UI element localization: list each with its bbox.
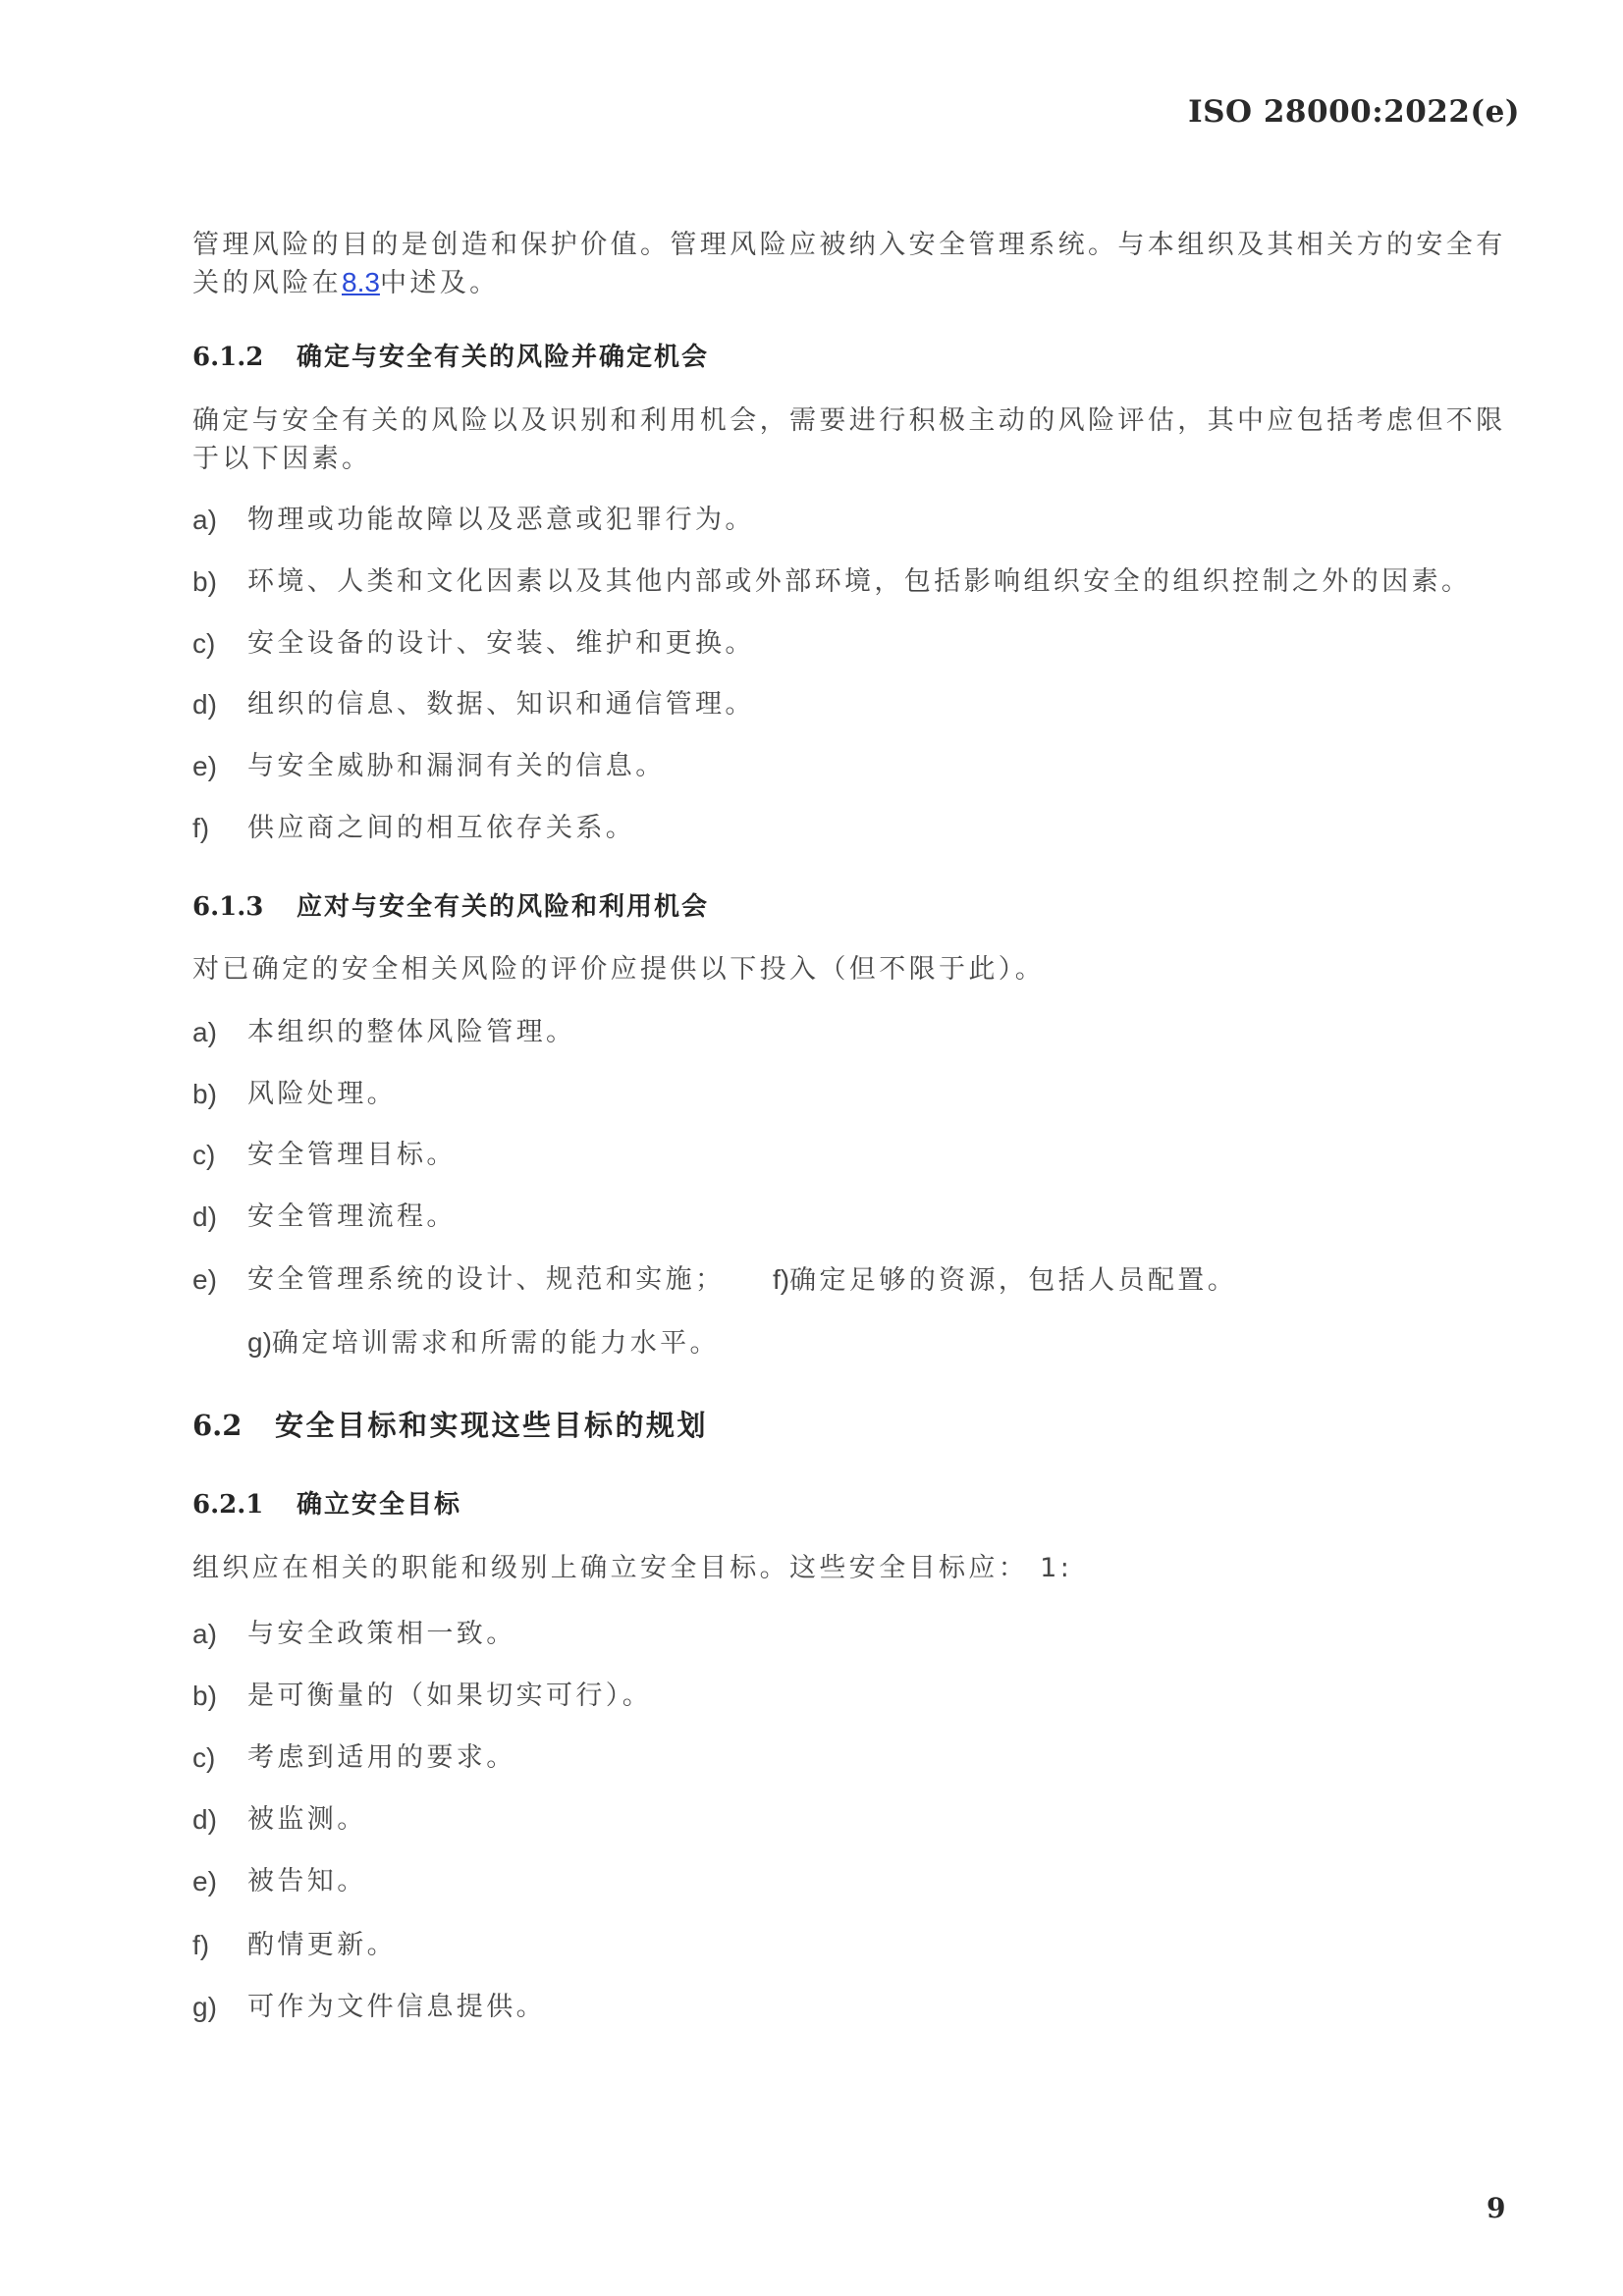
heading-number: 6.1.3 (192, 887, 263, 927)
heading-number: 6.2 (192, 1404, 242, 1447)
list-item-label: a) (192, 1615, 217, 1654)
heading-title: 确定与安全有关的风险并确定机会 (297, 338, 709, 377)
list-item-label: d) (192, 1198, 217, 1237)
list-item-text: 供应商之间的相互依存关系。 (247, 809, 635, 848)
list-item-text: 风险处理。 (247, 1075, 397, 1114)
list-item-label: e) (192, 1260, 217, 1300)
clause-8-3-link[interactable]: 8.3 (342, 267, 380, 297)
list-item-label: b) (192, 1075, 217, 1114)
heading-title: 应对与安全有关的风险和利用机会 (297, 887, 709, 927)
list-item-label: f) (773, 1264, 789, 1295)
list-item-inline-f: f)确定足够的资源，包括人员配置。 (773, 1260, 1237, 1301)
section-6-2-1-para: 组织应在相关的职能和级别上确立安全目标。这些安全目标应： 1: (192, 1549, 1072, 1588)
list-item-text: 确定培训需求和所需的能力水平。 (272, 1328, 720, 1359)
list-item-label: a) (192, 1013, 217, 1052)
intro-text-after-link: 中述及。 (380, 268, 500, 298)
list-item-text: 考虑到适用的要求。 (247, 1738, 516, 1778)
list-item-text: 安全管理流程。 (247, 1198, 457, 1237)
list-item-text: 环境、人类和文化因素以及其他内部或外部环境，包括影响组织安全的组织控制之外的因素… (247, 562, 1471, 602)
heading-number: 6.1.2 (192, 338, 263, 377)
list-item-inline-g: g)确定培训需求和所需的能力水平。 (247, 1323, 720, 1363)
list-item-label: g) (192, 1988, 217, 2027)
list-item-text: 确定足够的资源，包括人员配置。 (789, 1265, 1237, 1296)
list-item-text: 可作为文件信息提供。 (247, 1988, 546, 2027)
list-item-label: a) (192, 501, 217, 540)
heading-title: 安全目标和实现这些目标的规划 (275, 1404, 708, 1447)
list-item-text: 物理或功能故障以及恶意或犯罪行为。 (247, 501, 755, 540)
section-6-1-3-para: 对已确定的安全相关风险的评价应提供以下投入（但不限于此）。 (192, 950, 1045, 989)
list-item-label: f) (192, 809, 209, 848)
document-header-standard-id: ISO 28000:2022(e) (1188, 94, 1520, 130)
list-item-text: 被监测。 (247, 1800, 367, 1840)
list-item-text: 与安全威胁和漏洞有关的信息。 (247, 747, 666, 786)
section-6-1-2-para-line-2: 于以下因素。 (192, 440, 371, 479)
list-item-label: b) (192, 562, 217, 602)
list-item-text: 安全设备的设计、安装、维护和更换。 (247, 624, 755, 664)
heading-title: 确立安全目标 (297, 1485, 461, 1524)
list-item-label: d) (192, 1800, 217, 1840)
list-item-text: 本组织的整体风险管理。 (247, 1013, 575, 1052)
list-item-text: 与安全政策相一致。 (247, 1615, 516, 1654)
intro-text-before-link: 关的风险在 (192, 268, 342, 298)
intro-line-1: 管理风险的目的是创造和保护价值。管理风险应被纳入安全管理系统。与本组织及其相关方… (192, 226, 1506, 265)
list-item-label: f) (192, 1926, 209, 1965)
list-item-label: c) (192, 624, 215, 664)
list-item-label: e) (192, 747, 217, 786)
list-item-text: 酌情更新。 (247, 1926, 397, 1965)
heading-number: 6.2.1 (192, 1485, 263, 1524)
section-6-1-2-para-line-1: 确定与安全有关的风险以及识别和利用机会，需要进行积极主动的风险评估，其中应包括考… (192, 401, 1506, 441)
list-item-label: e) (192, 1862, 217, 1901)
list-item-label: d) (192, 685, 217, 724)
list-item-label: c) (192, 1136, 215, 1175)
list-item-label: c) (192, 1738, 215, 1778)
list-item-label: b) (192, 1677, 217, 1716)
page-number: 9 (1487, 2192, 1505, 2224)
list-item-text: 组织的信息、数据、知识和通信管理。 (247, 685, 755, 724)
list-item-text: 被告知。 (247, 1862, 367, 1901)
intro-line-2: 关的风险在8.3中述及。 (192, 263, 500, 302)
list-item-label: g) (247, 1327, 272, 1358)
list-item-text: 安全管理系统的设计、规范和实施； (247, 1260, 725, 1300)
list-item-text: 是可衡量的（如果切实可行）。 (247, 1677, 652, 1716)
list-item-text: 安全管理目标。 (247, 1136, 457, 1175)
